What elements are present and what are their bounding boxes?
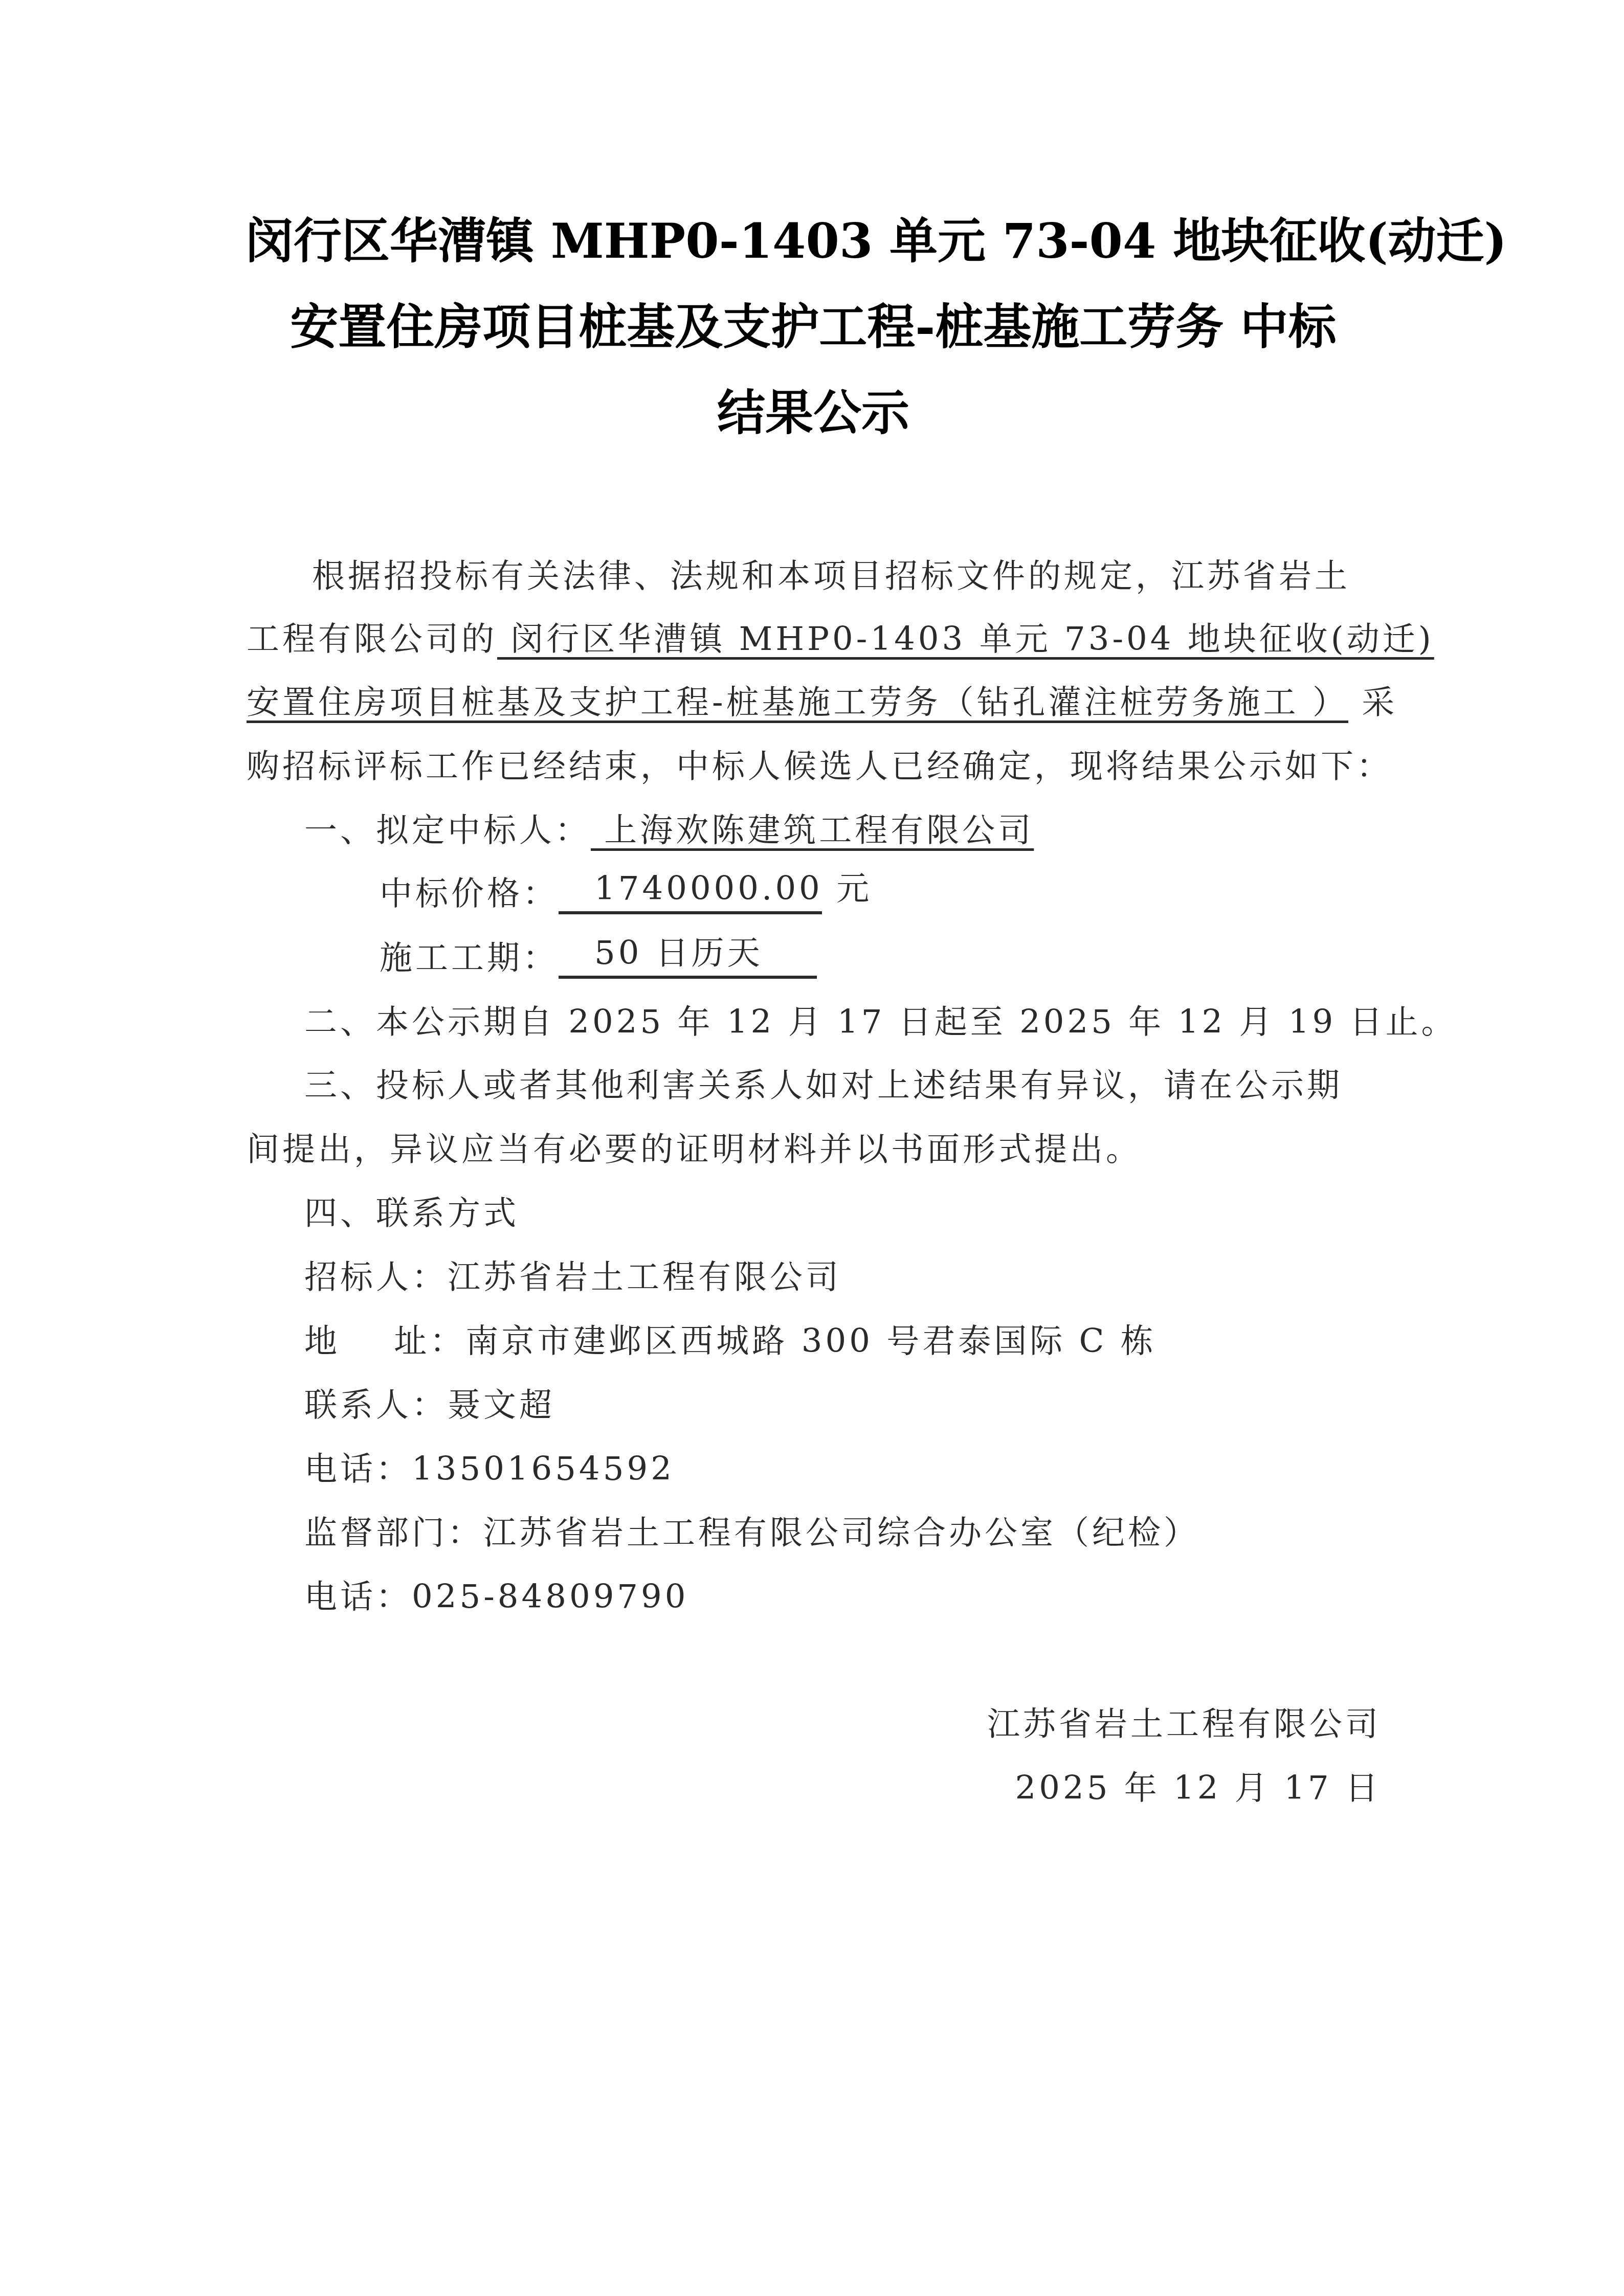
intro-line-1: 根据招投标有关法律、法规和本项目招标文件的规定，江苏省岩土 <box>312 550 1350 597</box>
publicity-period: 二、本公示期自 2025 年 12 月 17 日起至 2025 年 12 月 1… <box>304 996 1457 1043</box>
intro-line-2: 工程有限公司的 闵行区华漕镇 MHP0-1403 单元 73-04 地块征收(动… <box>247 613 1434 660</box>
period-blank: 50 日历天 <box>559 938 817 979</box>
supervisor: 监督部门：江苏省岩土工程有限公司综合办公室（纪检） <box>304 1506 1199 1554</box>
supervisor-phone: 电话：025-84809790 <box>304 1570 689 1617</box>
intro-line-3: 安置住房项目桩基及支护工程-桩基施工劳务（钻孔灌注桩劳务施工 ） 采 <box>247 676 1397 723</box>
document-title: 闵行区华漕镇 MHP0-1403 单元 73-04 地块征收(动迁) 安置住房项… <box>246 198 1381 456</box>
contact-phone: 电话：13501654592 <box>304 1443 675 1490</box>
document-page: 闵行区华漕镇 MHP0-1403 单元 73-04 地块征收(动迁) 安置住房项… <box>0 0 1624 2296</box>
contact-heading: 四、联系方式 <box>304 1187 519 1234</box>
price-blank: 1740000.00 元 <box>559 873 822 914</box>
objection-line-1: 三、投标人或者其他利害关系人如对上述结果有异议，请在公示期 <box>304 1059 1343 1106</box>
winner-name: 上海欢陈建筑工程有限公司 <box>591 812 1034 849</box>
period-label: 施工工期： <box>380 939 559 977</box>
title-line-2: 安置住房项目桩基及支护工程-桩基施工劳务 中标 <box>246 284 1381 370</box>
price-value: 1740000.00 元 <box>594 862 872 909</box>
project-name-part-2: 安置住房项目桩基及支护工程-桩基施工劳务（钻孔灌注桩劳务施工 ） <box>247 684 1348 722</box>
intro-line-4: 购招标评标工作已经结束，中标人候选人已经确定，现将结果公示如下： <box>247 740 1392 787</box>
signature-company: 江苏省岩土工程有限公司 <box>987 1698 1381 1745</box>
winner-label: 一、拟定中标人： <box>304 812 591 849</box>
title-line-1: 闵行区华漕镇 MHP0-1403 单元 73-04 地块征收(动迁) <box>246 198 1381 284</box>
tenderer: 招标人：江苏省岩土工程有限公司 <box>304 1251 841 1298</box>
period-value: 50 日历天 <box>594 927 763 974</box>
contact-person: 联系人：聂文超 <box>304 1379 555 1426</box>
title-line-3: 结果公示 <box>246 370 1381 456</box>
intro-line-2-prefix: 工程有限公司的 <box>247 620 497 658</box>
project-name-part-1: 闵行区华漕镇 MHP0-1403 单元 73-04 地块征收(动迁) <box>497 620 1434 658</box>
period-line: 施工工期：50 日历天 <box>380 932 817 979</box>
price-label: 中标价格： <box>380 875 559 913</box>
price-line: 中标价格：1740000.00 元 <box>380 867 822 914</box>
address: 地 址：南京市建邺区西城路 300 号君泰国际 C 栋 <box>304 1315 1156 1362</box>
winner-line: 一、拟定中标人： 上海欢陈建筑工程有限公司 <box>304 804 1034 851</box>
signature-date: 2025 年 12 月 17 日 <box>1015 1762 1381 1809</box>
intro-line-3-suffix: 采 <box>1348 684 1397 722</box>
objection-line-2: 间提出，异议应当有必要的证明材料并以书面形式提出。 <box>247 1123 1142 1170</box>
